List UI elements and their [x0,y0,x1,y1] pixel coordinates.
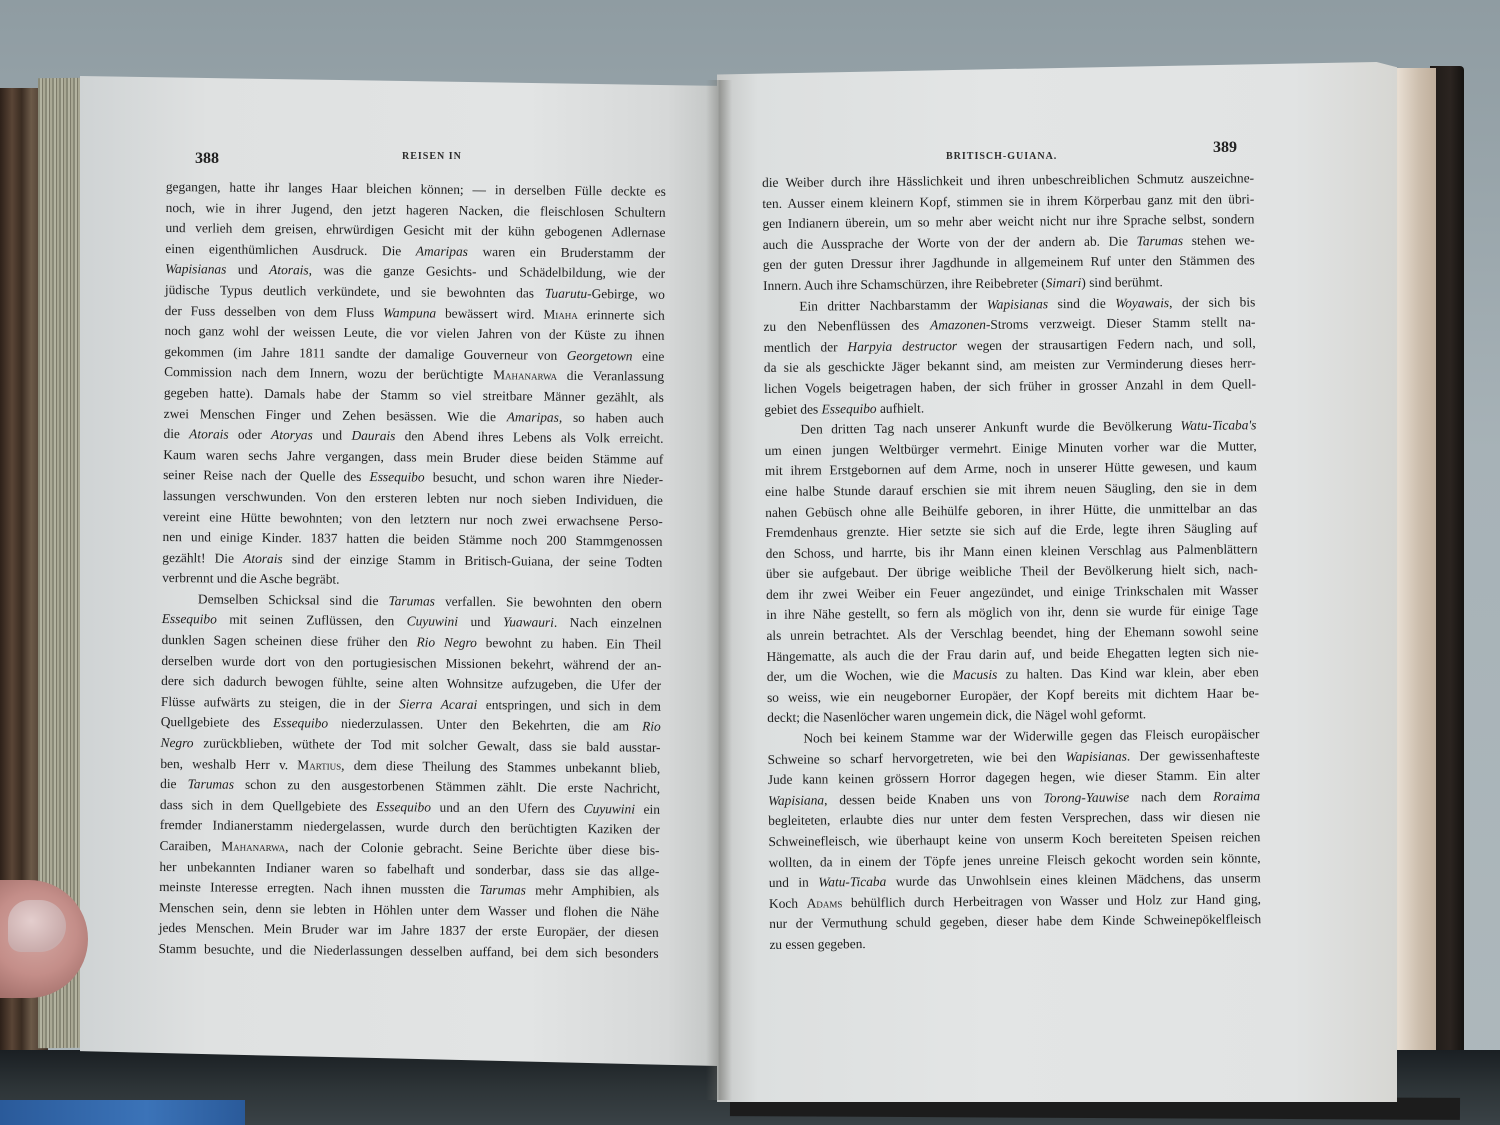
left-running-head: REISEN IN [402,151,462,162]
thumbnail [8,900,66,952]
right-page-body: die Weiber durch ihre Hässlichkeit und i… [762,168,1261,955]
right-page-number: 389 [1213,139,1237,157]
book-gutter [706,80,732,1100]
bookmark-ribbon [0,1100,245,1125]
book-photo: 388 REISEN IN BRITISCH-GUIANA. 389 gegan… [0,0,1500,1125]
right-running-head: BRITISCH-GUIANA. [946,151,1057,162]
left-page-number: 388 [195,150,219,168]
left-page-body: gegangen, hatte ihr langes Haar bleichen… [158,177,665,964]
